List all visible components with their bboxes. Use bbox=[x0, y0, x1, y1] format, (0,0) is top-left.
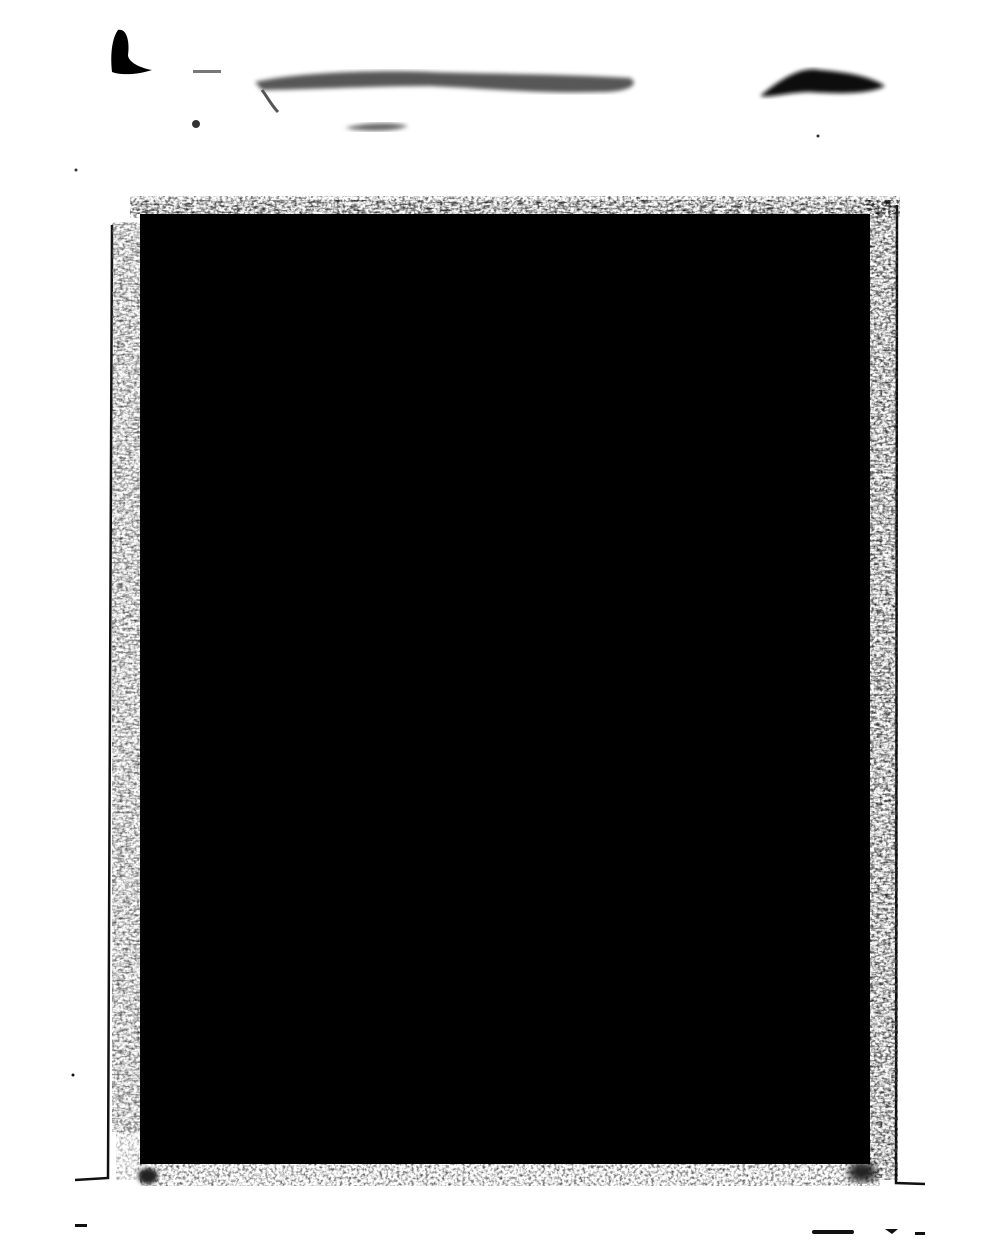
top-smudges bbox=[75, 30, 886, 172]
frame-texture bbox=[0, 0, 1000, 1250]
grunge-frame-graphic bbox=[0, 0, 1000, 1250]
center-black-panel bbox=[140, 214, 870, 1164]
right-border-band bbox=[866, 200, 898, 1180]
left-border-band bbox=[112, 222, 144, 1180]
